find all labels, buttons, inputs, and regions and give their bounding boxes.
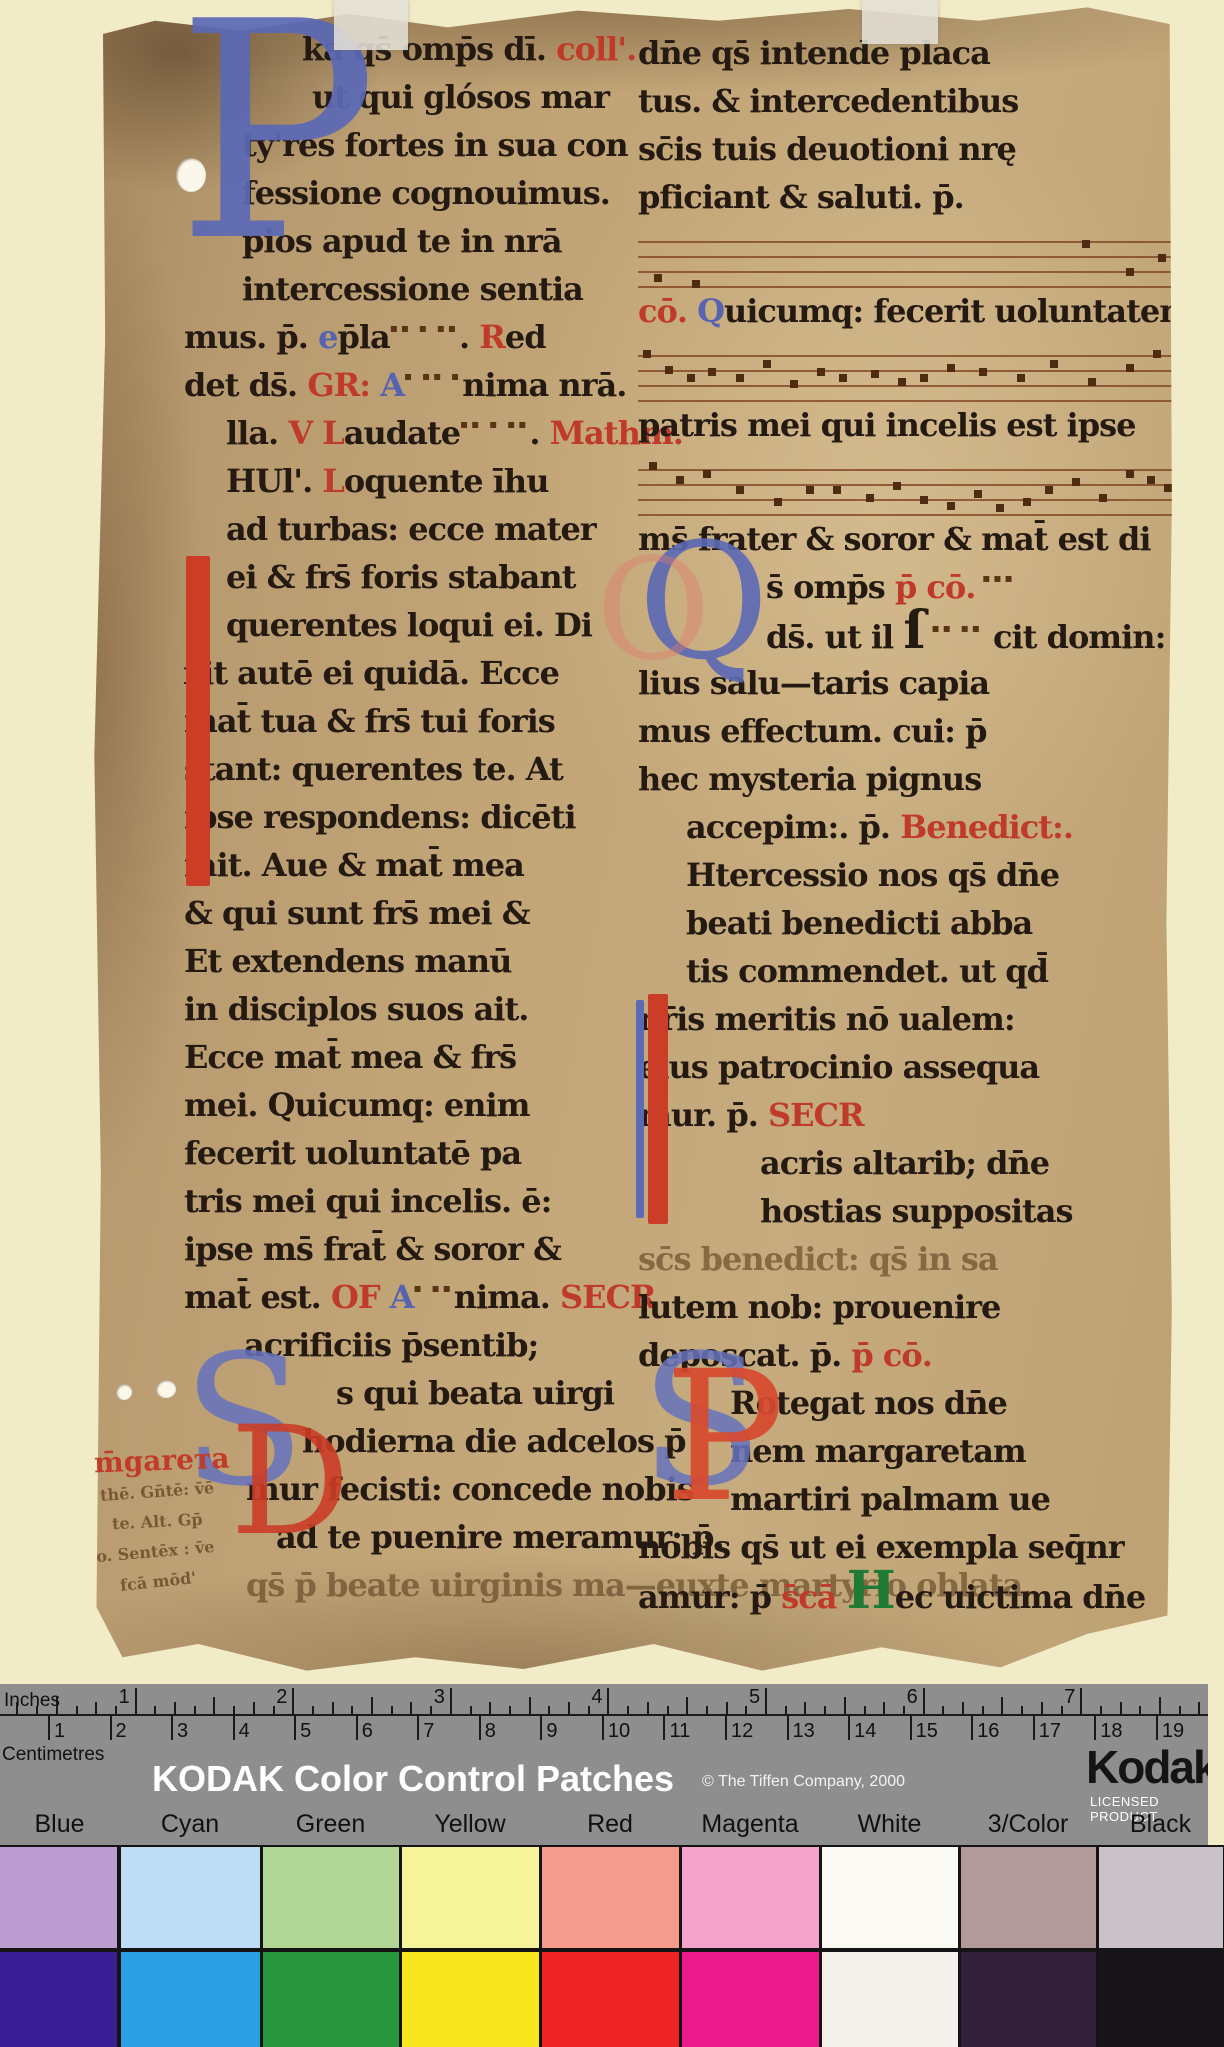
inch-tick [154, 1706, 156, 1714]
patch-label-black: Black [1130, 1810, 1191, 1839]
inch-tick [1001, 1697, 1003, 1714]
ruler-ticks-layer: 123456712345678910111213141516171819 [0, 1684, 1224, 1764]
cm-number: 6 [362, 1720, 373, 1743]
inch-tick [844, 1697, 846, 1714]
inch-tick [292, 1688, 294, 1714]
inch-tick [706, 1706, 708, 1714]
inch-tick [588, 1706, 590, 1714]
cm-tick [540, 1716, 542, 1740]
color-patches [0, 1845, 1224, 2047]
cm-tick [971, 1716, 973, 1740]
color-patch-blue [0, 1952, 117, 2047]
cm-tick [417, 1716, 419, 1740]
parchment-hole [116, 1384, 132, 1400]
inch-tick [785, 1706, 787, 1714]
inch-tick [135, 1688, 137, 1714]
inch-tick [824, 1706, 826, 1714]
cm-tick [171, 1716, 173, 1740]
color-patch-black [1099, 1847, 1223, 1948]
cm-number: 11 [669, 1720, 690, 1743]
cm-number: 9 [546, 1720, 557, 1743]
inch-tick [627, 1706, 629, 1714]
inch-tick [548, 1706, 550, 1714]
cm-number: 5 [300, 1720, 311, 1743]
cm-tick [725, 1716, 727, 1740]
inch-number: 7 [1064, 1686, 1075, 1709]
inch-tick [1198, 1702, 1200, 1714]
inch-tick [923, 1688, 925, 1714]
color-patch-white [822, 1952, 958, 2047]
color-patch-3-color [961, 1952, 1096, 2047]
color-patch-green [263, 1952, 399, 2047]
color-patch-magenta [682, 1847, 819, 1948]
inch-tick [312, 1706, 314, 1714]
inch-tick [430, 1706, 432, 1714]
patch-label-yellow: Yellow [434, 1810, 505, 1839]
inch-tick [726, 1702, 728, 1714]
cm-number: 13 [793, 1720, 815, 1743]
cm-number: 2 [116, 1720, 127, 1743]
patch-label-magenta: Magenta [701, 1810, 798, 1839]
cm-number: 1 [54, 1720, 65, 1743]
cm-number: 3 [177, 1720, 188, 1743]
color-patch-black [1099, 1952, 1223, 2047]
color-patch-red [542, 1847, 679, 1948]
inch-tick [647, 1702, 649, 1714]
cm-tick [848, 1716, 850, 1740]
inch-tick [883, 1702, 885, 1714]
inch-tick [194, 1706, 196, 1714]
inch-tick [95, 1702, 97, 1714]
inch-tick [804, 1702, 806, 1714]
cm-tick [48, 1716, 50, 1740]
cm-tick [479, 1716, 481, 1740]
inch-tick [962, 1702, 964, 1714]
inch-tick [450, 1688, 452, 1714]
color-patch-cyan [121, 1847, 260, 1948]
parchment-holes-layer [0, 0, 1224, 1674]
inch-number: 3 [434, 1686, 445, 1709]
inch-tick [213, 1697, 215, 1714]
inch-tick [351, 1706, 353, 1714]
inch-tick [1179, 1706, 1181, 1714]
color-patch-blue [0, 1847, 117, 1948]
cm-tick [356, 1716, 358, 1740]
color-patch-yellow [402, 1952, 539, 2047]
inch-tick [745, 1706, 747, 1714]
cm-tick [1033, 1716, 1035, 1740]
color-patch-red [542, 1952, 679, 2047]
parchment-hole [156, 1380, 176, 1398]
cm-number: 16 [977, 1720, 999, 1743]
cm-number: 12 [731, 1720, 753, 1743]
inch-number: 4 [591, 1686, 602, 1709]
inch-tick [864, 1706, 866, 1714]
inch-tick [1021, 1706, 1023, 1714]
cm-tick [910, 1716, 912, 1740]
cm-tick [787, 1716, 789, 1740]
patch-label-red: Red [587, 1810, 633, 1839]
inches-label: Inches [4, 1690, 60, 1712]
parchment-hole [176, 158, 206, 192]
inch-tick [1159, 1697, 1161, 1714]
cm-number: 8 [485, 1720, 496, 1743]
inch-tick [371, 1697, 373, 1714]
inch-tick [942, 1706, 944, 1714]
cm-number: 10 [608, 1720, 630, 1743]
inch-tick [253, 1702, 255, 1714]
patch-label-3-color: 3/Color [988, 1810, 1069, 1839]
cm-number: 17 [1039, 1720, 1061, 1743]
inch-number: 5 [749, 1686, 760, 1709]
inch-tick [233, 1706, 235, 1714]
inch-tick [470, 1706, 472, 1714]
inch-number: 1 [119, 1686, 130, 1709]
centimetres-label: Centimetres [2, 1744, 104, 1766]
inch-tick [1041, 1702, 1043, 1714]
color-patch-cyan [121, 1952, 260, 2047]
cm-number: 4 [239, 1720, 250, 1743]
inch-tick [765, 1688, 767, 1714]
inch-tick [332, 1702, 334, 1714]
cm-tick [1156, 1716, 1158, 1740]
color-patch-magenta [682, 1952, 819, 2047]
color-patch-green [263, 1847, 399, 1948]
inch-tick [686, 1697, 688, 1714]
inch-tick [489, 1702, 491, 1714]
tiffen-copyright: © The Tiffen Company, 2000 [702, 1773, 905, 1791]
inch-tick [76, 1706, 78, 1714]
inch-tick [1100, 1706, 1102, 1714]
cm-tick [110, 1716, 112, 1740]
inch-number: 2 [276, 1686, 287, 1709]
inch-tick [903, 1706, 905, 1714]
inch-tick [1120, 1702, 1122, 1714]
inch-tick [607, 1688, 609, 1714]
inch-tick [391, 1706, 393, 1714]
inch-tick [529, 1697, 531, 1714]
inch-tick [667, 1706, 669, 1714]
color-patch-yellow [402, 1847, 539, 1948]
patch-label-blue: Blue [34, 1810, 84, 1839]
color-patch-3-color [961, 1847, 1096, 1948]
inch-tick [115, 1706, 117, 1714]
color-patch-white [822, 1847, 958, 1948]
cm-tick [294, 1716, 296, 1740]
cm-number: 14 [854, 1720, 876, 1743]
kodak-logo: Kodak [1086, 1740, 1217, 1794]
inch-tick [1061, 1706, 1063, 1714]
patch-label-white: White [858, 1810, 922, 1839]
inch-tick [1139, 1706, 1141, 1714]
inch-tick [273, 1706, 275, 1714]
inch-tick [982, 1706, 984, 1714]
inch-tick [174, 1702, 176, 1714]
inch-tick [410, 1702, 412, 1714]
cm-tick [602, 1716, 604, 1740]
patch-label-cyan: Cyan [161, 1810, 219, 1839]
cm-tick [233, 1716, 235, 1740]
inch-tick [1080, 1688, 1082, 1714]
kodak-title: KODAK Color Control Patches [152, 1758, 674, 1800]
cm-tick [1094, 1716, 1096, 1740]
photo-background: ka qs̄ omp̄s dī. coll'.ut qui glósos ma… [0, 0, 1224, 2047]
patch-label-green: Green [296, 1810, 365, 1839]
cm-tick [663, 1716, 665, 1740]
inch-tick [568, 1702, 570, 1714]
cm-number: 15 [916, 1720, 938, 1743]
cm-number: 7 [423, 1720, 434, 1743]
bar-right-edge [1208, 1684, 1224, 1847]
inch-tick [509, 1706, 511, 1714]
inch-number: 6 [907, 1686, 918, 1709]
